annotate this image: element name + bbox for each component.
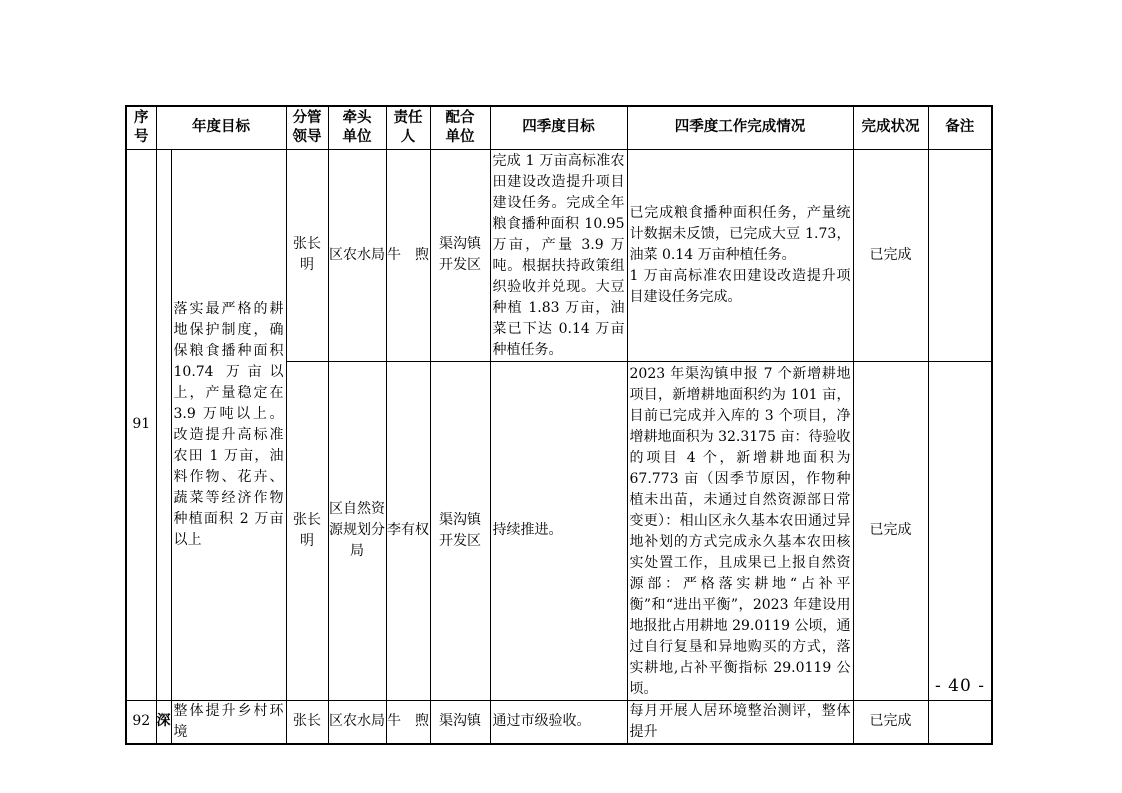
header-q4-completion: 四季度工作完成情况: [627, 106, 853, 149]
responsible-cell: 牛 煦: [386, 700, 430, 744]
table-row: 91 落实最严格的耕地保护制度，确保粮食播种面积 10.74 万亩以上，产量稳定…: [126, 149, 992, 361]
annual-goal-cell: 整体提升乡村环境: [171, 700, 286, 744]
leader-cell: 张长明: [286, 149, 328, 361]
header-seq: 序 号: [126, 106, 156, 149]
table-header-row: 序 号 年度目标 分管 领导 牵头 单位 责任人 配合 单位 四季度目标 四季度…: [126, 106, 992, 149]
annual-goal-cell: 落实最严格的耕地保护制度，确保粮食播种面积 10.74 万亩以上，产量稳定在 3…: [171, 149, 286, 700]
lead-unit-cell: 区农水局: [328, 149, 386, 361]
seq-cell: 92: [126, 700, 156, 744]
marker-cell: [156, 149, 171, 700]
work-report-table: 序 号 年度目标 分管 领导 牵头 单位 责任人 配合 单位 四季度目标 四季度…: [125, 105, 993, 745]
remark-cell: [928, 361, 992, 700]
remark-cell: [928, 149, 992, 361]
responsible-cell: 牛 煦: [386, 149, 430, 361]
q4-completion-cell: 已完成粮食播种面积任务，产量统计数据未反馈，已完成大豆 1.73，油菜 0.14…: [627, 149, 853, 361]
q4-completion-cell: 每月开展人居环境整治测评，整体提升: [627, 700, 853, 744]
header-responsible: 责任人: [386, 106, 430, 149]
q4-completion-cell: 2023 年渠沟镇申报 7 个新增耕地项目，新增耕地面积约为 101 亩，目前已…: [627, 361, 853, 700]
header-leader: 分管 领导: [286, 106, 328, 149]
q4-goal-cell: 完成 1 万亩高标准农田建设改造提升项目建设任务。完成全年粮食播种面积 10.9…: [490, 149, 627, 361]
page-number: - 40 -: [925, 676, 995, 696]
remark-cell: [928, 700, 992, 744]
status-cell: 已完成: [853, 149, 928, 361]
cooperating-unit-cell: 渠沟镇开发区: [430, 149, 490, 361]
lead-unit-cell: 区农水局: [328, 700, 386, 744]
cooperating-unit-cell: 渠沟镇开发区: [430, 361, 490, 700]
header-cooperating-unit: 配合 单位: [430, 106, 490, 149]
header-remark: 备注: [928, 106, 992, 149]
marker-cell: 深: [156, 700, 171, 744]
seq-cell: 91: [126, 149, 156, 700]
leader-cell: 张长: [286, 700, 328, 744]
q4-goal-cell: 持续推进。: [490, 361, 627, 700]
header-q4-goal: 四季度目标: [490, 106, 627, 149]
status-cell: 已完成: [853, 700, 928, 744]
header-status: 完成状况: [853, 106, 928, 149]
q4-goal-cell: 通过市级验收。: [490, 700, 627, 744]
header-annual-goal: 年度目标: [156, 106, 286, 149]
responsible-cell: 李有权: [386, 361, 430, 700]
leader-cell: 张长明: [286, 361, 328, 700]
cooperating-unit-cell: 渠沟镇: [430, 700, 490, 744]
document-page: 序 号 年度目标 分管 领导 牵头 单位 责任人 配合 单位 四季度目标 四季度…: [0, 0, 1122, 793]
table-row: 92 深 整体提升乡村环境 张长 区农水局 牛 煦 渠沟镇 通过市级验收。 每月…: [126, 700, 992, 744]
lead-unit-cell: 区自然资源规划分局: [328, 361, 386, 700]
status-cell: 已完成: [853, 361, 928, 700]
header-lead-unit: 牵头 单位: [328, 106, 386, 149]
